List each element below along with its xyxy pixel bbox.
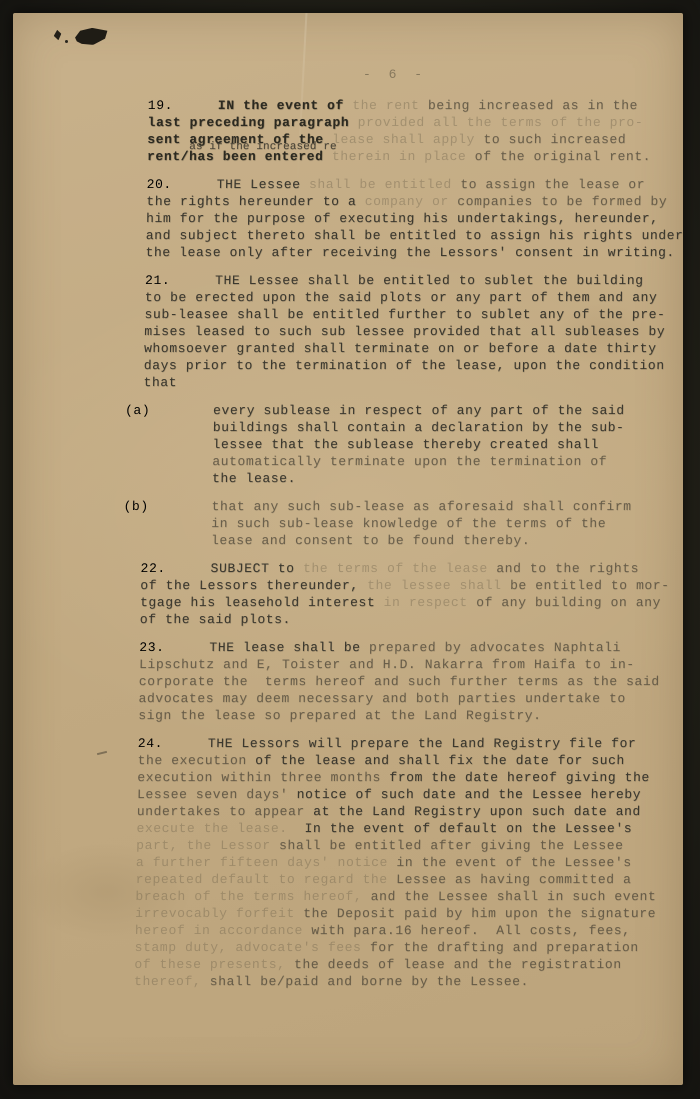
text-segment: execute the lease.: [136, 821, 304, 836]
text-line: breach of the terms hereof, and the Less…: [135, 888, 680, 905]
text-line: thereof, shall be/paid and borne by the …: [134, 973, 679, 990]
text-line: Lipschutz and E, Toister and H.D. Nakarr…: [139, 656, 684, 673]
ink-blot: [74, 26, 109, 47]
text-line: days prior to the termination of the lea…: [144, 357, 689, 374]
clause-number: 21.: [145, 272, 215, 289]
text-segment: the execution: [137, 753, 255, 768]
text-line: lease and consent to be found thereby.: [141, 532, 686, 549]
text-segment: THE lease shall be: [209, 640, 369, 655]
text-line: the lease only after receiving the Lesso…: [145, 244, 690, 261]
text-line: that: [143, 374, 688, 391]
text-line: Lessee seven days' notice of such date a…: [137, 786, 682, 803]
text-line: whomsoever granted shall terminate on or…: [144, 340, 689, 357]
text-segment: company or: [365, 194, 458, 209]
text-segment: to be erected upon the said plots or any…: [145, 290, 658, 305]
scan-background: - 6 - 19.IN the event of the rent being …: [0, 0, 700, 1099]
text-segment: lessee that the sublease thereby created…: [212, 437, 599, 452]
text-line: and subject thereto shall be entitled to…: [146, 227, 691, 244]
ink-speck: [53, 29, 62, 40]
text-segment: in the event of the Lessee's: [396, 855, 631, 870]
text-segment: SUBJECT to: [210, 561, 303, 576]
text-line: of the said plots.: [140, 611, 685, 628]
text-segment: that: [143, 375, 177, 390]
text-segment: thereof,: [134, 974, 210, 989]
text-line: (b)that any such sub-lease as aforesaid …: [141, 498, 686, 515]
text-segment: shall be entitled after giving the Lesse…: [279, 838, 624, 853]
text-segment: in such sub-lease knowledge of the terms…: [211, 516, 606, 531]
text-segment: of the lease and shall fix the date for …: [255, 753, 625, 768]
text-line: of the Lessors thereunder, the lessee sh…: [140, 577, 685, 594]
clause-number: (b): [123, 498, 211, 515]
text-segment: Lessee as having committed a: [396, 872, 631, 887]
text-line: the rights hereunder to a company or com…: [146, 193, 691, 210]
text-segment: THE Lessee: [217, 177, 310, 192]
text-segment: the lessee shall: [367, 578, 510, 593]
text-line: him for the purpose of executing his und…: [146, 210, 691, 227]
text-segment: with para.16 hereof. All costs, fees,: [311, 923, 630, 938]
text-segment: buildings shall contain a declaration by…: [213, 420, 625, 435]
text-line: lessee that the sublease thereby created…: [142, 436, 687, 453]
text-line: buildings shall contain a declaration by…: [143, 419, 688, 436]
text-segment: THE Lessors will prepare the Land Regist…: [208, 736, 637, 751]
text-segment: the rights hereunder to a: [146, 194, 365, 209]
text-segment: the Deposit paid by him upon the signatu…: [303, 906, 656, 921]
text-segment: sub-leasee shall be entitled further to …: [144, 307, 665, 322]
text-segment: irrevocably forfeit: [135, 906, 303, 921]
text-segment: the deeds of lease and the registration: [294, 957, 622, 972]
text-line: advocates may deem necessary and both pa…: [138, 690, 683, 707]
text-line: repeated default to regard the Lessee as…: [136, 871, 681, 888]
text-segment: undertakes to appear: [137, 804, 314, 819]
text-line: (a)every sublease in respect of any part…: [143, 402, 688, 419]
text-segment: companies to be formed by: [457, 194, 667, 209]
clause: 19.IN the event of the rent being increa…: [147, 97, 693, 165]
text-segment: prepared by advocates Naphtali: [369, 640, 621, 655]
text-segment: Lessee seven days': [137, 787, 297, 802]
text-line: part, the Lessor shall be entitled after…: [136, 837, 681, 854]
interline-insertion: as if the increased re: [189, 139, 337, 156]
text-segment: breach of the terms hereof,: [135, 889, 370, 904]
text-line: of these presents, the deeds of lease an…: [134, 956, 679, 973]
text-segment: the lease only after receiving the Lesso…: [145, 245, 675, 260]
text-segment: of any building on any: [476, 595, 661, 610]
text-segment: provided all the terms of the pro-: [358, 115, 644, 130]
text-line: hereof in accordance with para.16 hereof…: [135, 922, 680, 939]
clause-number: 24.: [138, 735, 208, 752]
text-segment: shall be entitled: [309, 177, 460, 192]
text-segment: to such increased: [483, 132, 626, 147]
text-line: sub-leasee shall be entitled further to …: [144, 306, 689, 323]
text-segment: every sublease in respect of any part of…: [213, 403, 625, 418]
text-segment: and subject thereto shall be entitled to…: [146, 228, 684, 243]
text-line: to be erected upon the said plots or any…: [145, 289, 690, 306]
text-line: undertakes to appear at the Land Registr…: [137, 803, 682, 820]
clause-number: (a): [125, 402, 213, 419]
text-line: mises leased to such sub lessee provided…: [144, 323, 689, 340]
text-segment: being increased as in the: [428, 98, 638, 113]
text-segment: THE Lessee shall be entitled to sublet t…: [215, 273, 644, 288]
text-segment: corporate the terms hereof and such furt…: [139, 674, 660, 689]
text-segment: him for the purpose of executing his und…: [146, 211, 659, 226]
text-segment: the rent: [352, 98, 428, 113]
text-segment: execution within three months: [137, 770, 389, 785]
clause: 24.THE Lessors will prepare the Land Reg…: [134, 735, 683, 990]
text-segment: from the date hereof giving the: [389, 770, 650, 785]
text-line: 22.SUBJECT to the terms of the lease and…: [140, 560, 685, 577]
clause: 22.SUBJECT to the terms of the lease and…: [140, 560, 686, 628]
text-line: last preceding paragraph provided all th…: [147, 114, 692, 131]
text-segment: the lease.: [212, 471, 296, 486]
text-line: tgage his leasehold interest in respect …: [140, 594, 685, 611]
margin-mark: [97, 751, 107, 755]
text-segment: shall be/paid and borne by the Lessee.: [210, 974, 529, 989]
page-number: - 6 -: [363, 67, 427, 82]
text-segment: advocates may deem necessary and both pa…: [138, 691, 626, 706]
text-segment: the terms of the lease: [303, 561, 496, 576]
text-segment: to assign the lease or: [460, 177, 645, 192]
text-segment: at the Land Registry upon such date and: [313, 804, 641, 819]
text-line: sign the lease so prepared at the Land R…: [138, 707, 683, 724]
text-segment: and to the rights: [496, 561, 639, 576]
text-line: corporate the terms hereof and such furt…: [139, 673, 684, 690]
text-segment: stamp duty, advocate's fees: [135, 940, 370, 955]
text-line: rent/has been entered as if the increase…: [147, 148, 692, 165]
text-segment: mises leased to such sub lessee provided…: [144, 324, 665, 339]
text-line: automatically terminate upon the termina…: [142, 453, 687, 470]
text-segment: of the Lessors thereunder,: [140, 578, 367, 593]
clause: 20.THE Lessee shall be entitled to assig…: [145, 176, 691, 261]
clause: 23.THE lease shall be prepared by advoca…: [138, 639, 684, 724]
text-segment: a further fifteen days' notice: [136, 855, 397, 870]
text-segment: whomsoever granted shall terminate on or…: [144, 341, 657, 356]
text-segment: for the drafting and preparation: [370, 940, 639, 955]
text-segment: that any such sub-lease as aforesaid sha…: [211, 499, 631, 514]
text-segment: last preceding paragraph: [147, 115, 357, 130]
text-segment: notice of such date and the Lessee hereb…: [297, 787, 642, 802]
text-segment: repeated default to regard the: [136, 872, 397, 887]
text-segment: therein in place: [332, 149, 467, 164]
text-segment: part, the Lessor: [136, 838, 279, 853]
text-segment: automatically terminate upon the termina…: [212, 454, 607, 469]
text-segment: tgage his leasehold interest: [140, 595, 384, 610]
clause-number: 23.: [139, 639, 209, 656]
text-segment: Lipschutz and E, Toister and H.D. Nakarr…: [139, 657, 635, 672]
sub-clause: (b)that any such sub-lease as aforesaid …: [141, 498, 687, 549]
text-line: the lease.: [142, 470, 687, 487]
text-segment: IN the event of: [218, 98, 353, 113]
paragraphs: 19.IN the event of the rent being increa…: [134, 97, 693, 1001]
clause-number: 19.: [148, 97, 218, 114]
text-line: execution within three months from the d…: [137, 769, 682, 786]
sub-clause: (a)every sublease in respect of any part…: [142, 402, 688, 487]
clause-number: 22.: [140, 560, 210, 577]
text-segment: In the event of default on the Lessee's: [304, 821, 632, 836]
text-line: in such sub-lease knowledge of the terms…: [141, 515, 686, 532]
text-segment: lease and consent to be found thereby.: [211, 533, 530, 548]
text-segment: lease shall apply: [332, 132, 483, 147]
text-segment: sign the lease so prepared at the Land R…: [138, 708, 542, 723]
ink-speck-small: [65, 40, 68, 43]
text-line: execute the lease. In the event of defau…: [136, 820, 681, 837]
text-line: irrevocably forfeit the Deposit paid by …: [135, 905, 680, 922]
clause: 21.THE Lessee shall be entitled to suble…: [143, 272, 690, 391]
text-line: the execution of the lease and shall fix…: [137, 752, 682, 769]
text-line: 20.THE Lessee shall be entitled to assig…: [146, 176, 691, 193]
document-page: - 6 - 19.IN the event of the rent being …: [13, 13, 683, 1085]
text-segment: of the said plots.: [140, 612, 291, 627]
text-line: stamp duty, advocate's fees for the draf…: [135, 939, 680, 956]
text-segment: of these presents,: [134, 957, 294, 972]
text-line: 23.THE lease shall be prepared by advoca…: [139, 639, 684, 656]
text-segment: days prior to the termination of the lea…: [144, 358, 665, 373]
text-segment: of the original rent.: [466, 149, 651, 164]
clause-number: 20.: [146, 176, 216, 193]
text-line: 19.IN the event of the rent being increa…: [148, 97, 693, 114]
text-line: 24.THE Lessors will prepare the Land Reg…: [138, 735, 683, 752]
text-segment: and the Lessee shall in such event: [371, 889, 657, 904]
text-line: 21.THE Lessee shall be entitled to suble…: [145, 272, 690, 289]
text-segment: be entitled to mor-: [510, 578, 670, 593]
text-segment: hereof in accordance: [135, 923, 312, 938]
text-segment: in respect: [384, 595, 477, 610]
text-line: a further fifteen days' notice in the ev…: [136, 854, 681, 871]
